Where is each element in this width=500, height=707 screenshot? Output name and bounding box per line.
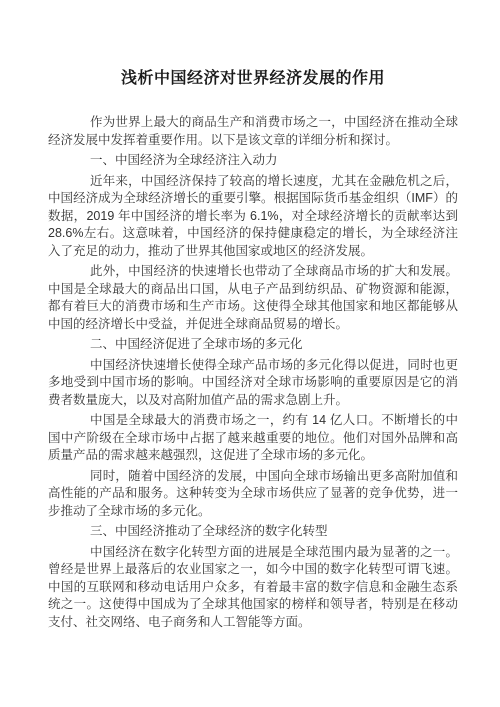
document-title: 浅析中国经济对世界经济发展的作用 (48, 68, 458, 90)
section-2-paragraph-1: 中国经济快速增长使得全球产品市场的多元化得以促进，同时也更多地受到中国市场的影响… (48, 357, 458, 410)
section-1-paragraph-2: 此外，中国经济的快速增长也带动了全球商品市场的扩大和发展。中国是全球最大的商品出… (48, 263, 458, 333)
document-page: 浅析中国经济对世界经济发展的作用 作为世界上最大的商品生产和消费市场之一，中国经… (0, 0, 500, 707)
section-3-paragraph-1: 中国经济在数字化转型方面的进展是全球范围内最为显著的之一。曾经是世界上最落后的农… (48, 544, 458, 632)
section-1-paragraph-1: 近年来，中国经济保持了较高的增长速度，尤其在金融危机之后，中国经济成为全球经济增… (48, 173, 458, 261)
section-2-paragraph-3: 同时，随着中国经济的发展，中国向全球市场输出更多高附加值和高性能的产品和服务。这… (48, 468, 458, 521)
section-2-paragraph-2: 中国是全球最大的消费市场之一，约有 14 亿人口。不断增长的中国中产阶级在全球市… (48, 412, 458, 465)
intro-paragraph: 作为世界上最大的商品生产和消费市场之一，中国经济在推动全球经济发展中发挥着重要作… (48, 114, 458, 149)
section-2-heading: 二、中国经济促进了全球市场的多元化 (48, 336, 458, 354)
section-1-heading: 一、中国经济为全球经济注入动力 (48, 152, 458, 170)
section-3-heading: 三、中国经济推动了全球经济的数字化转型 (48, 523, 458, 541)
